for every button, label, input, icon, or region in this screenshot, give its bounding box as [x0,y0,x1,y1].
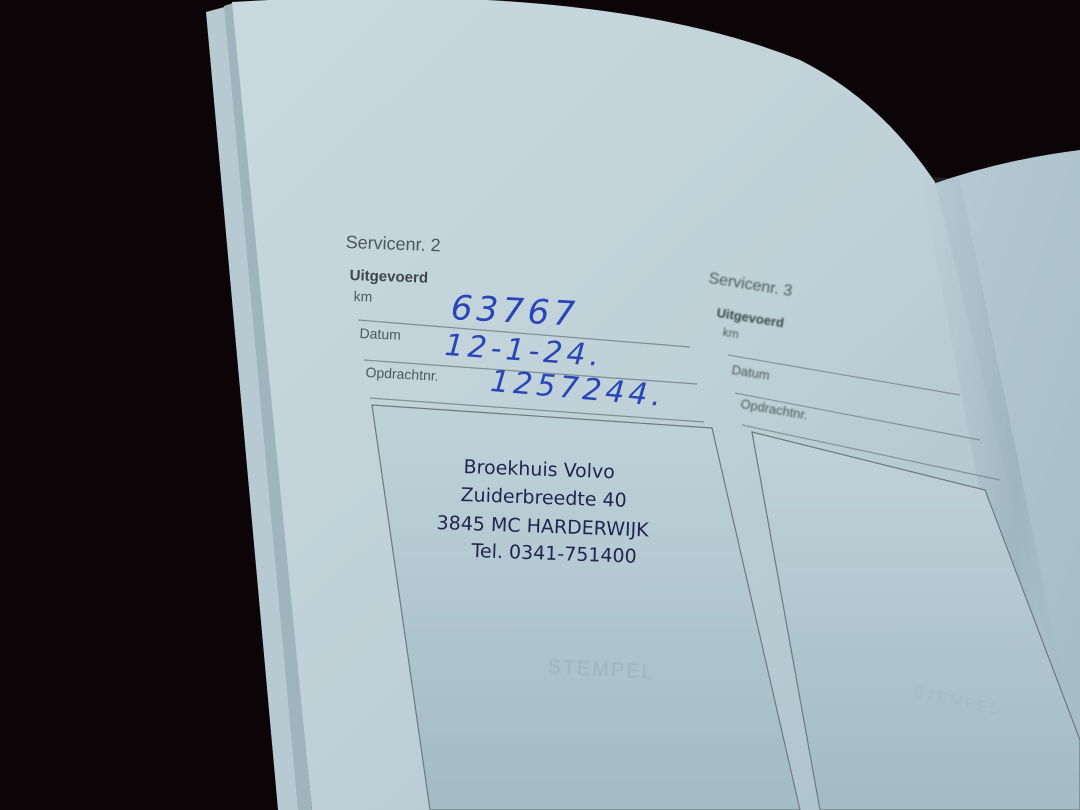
left-date-label: Datum [359,325,401,343]
left-section-title: Servicenr. 2 [345,232,441,256]
photo-scene: Servicenr. 2 Uitgevoerd km 63767 Datum 1… [0,0,1080,810]
left-performed-label: Uitgevoerd [349,267,428,287]
right-km-label: km [722,325,740,341]
left-km-label: km [353,288,372,305]
left-km-value: 63767 [450,288,580,335]
